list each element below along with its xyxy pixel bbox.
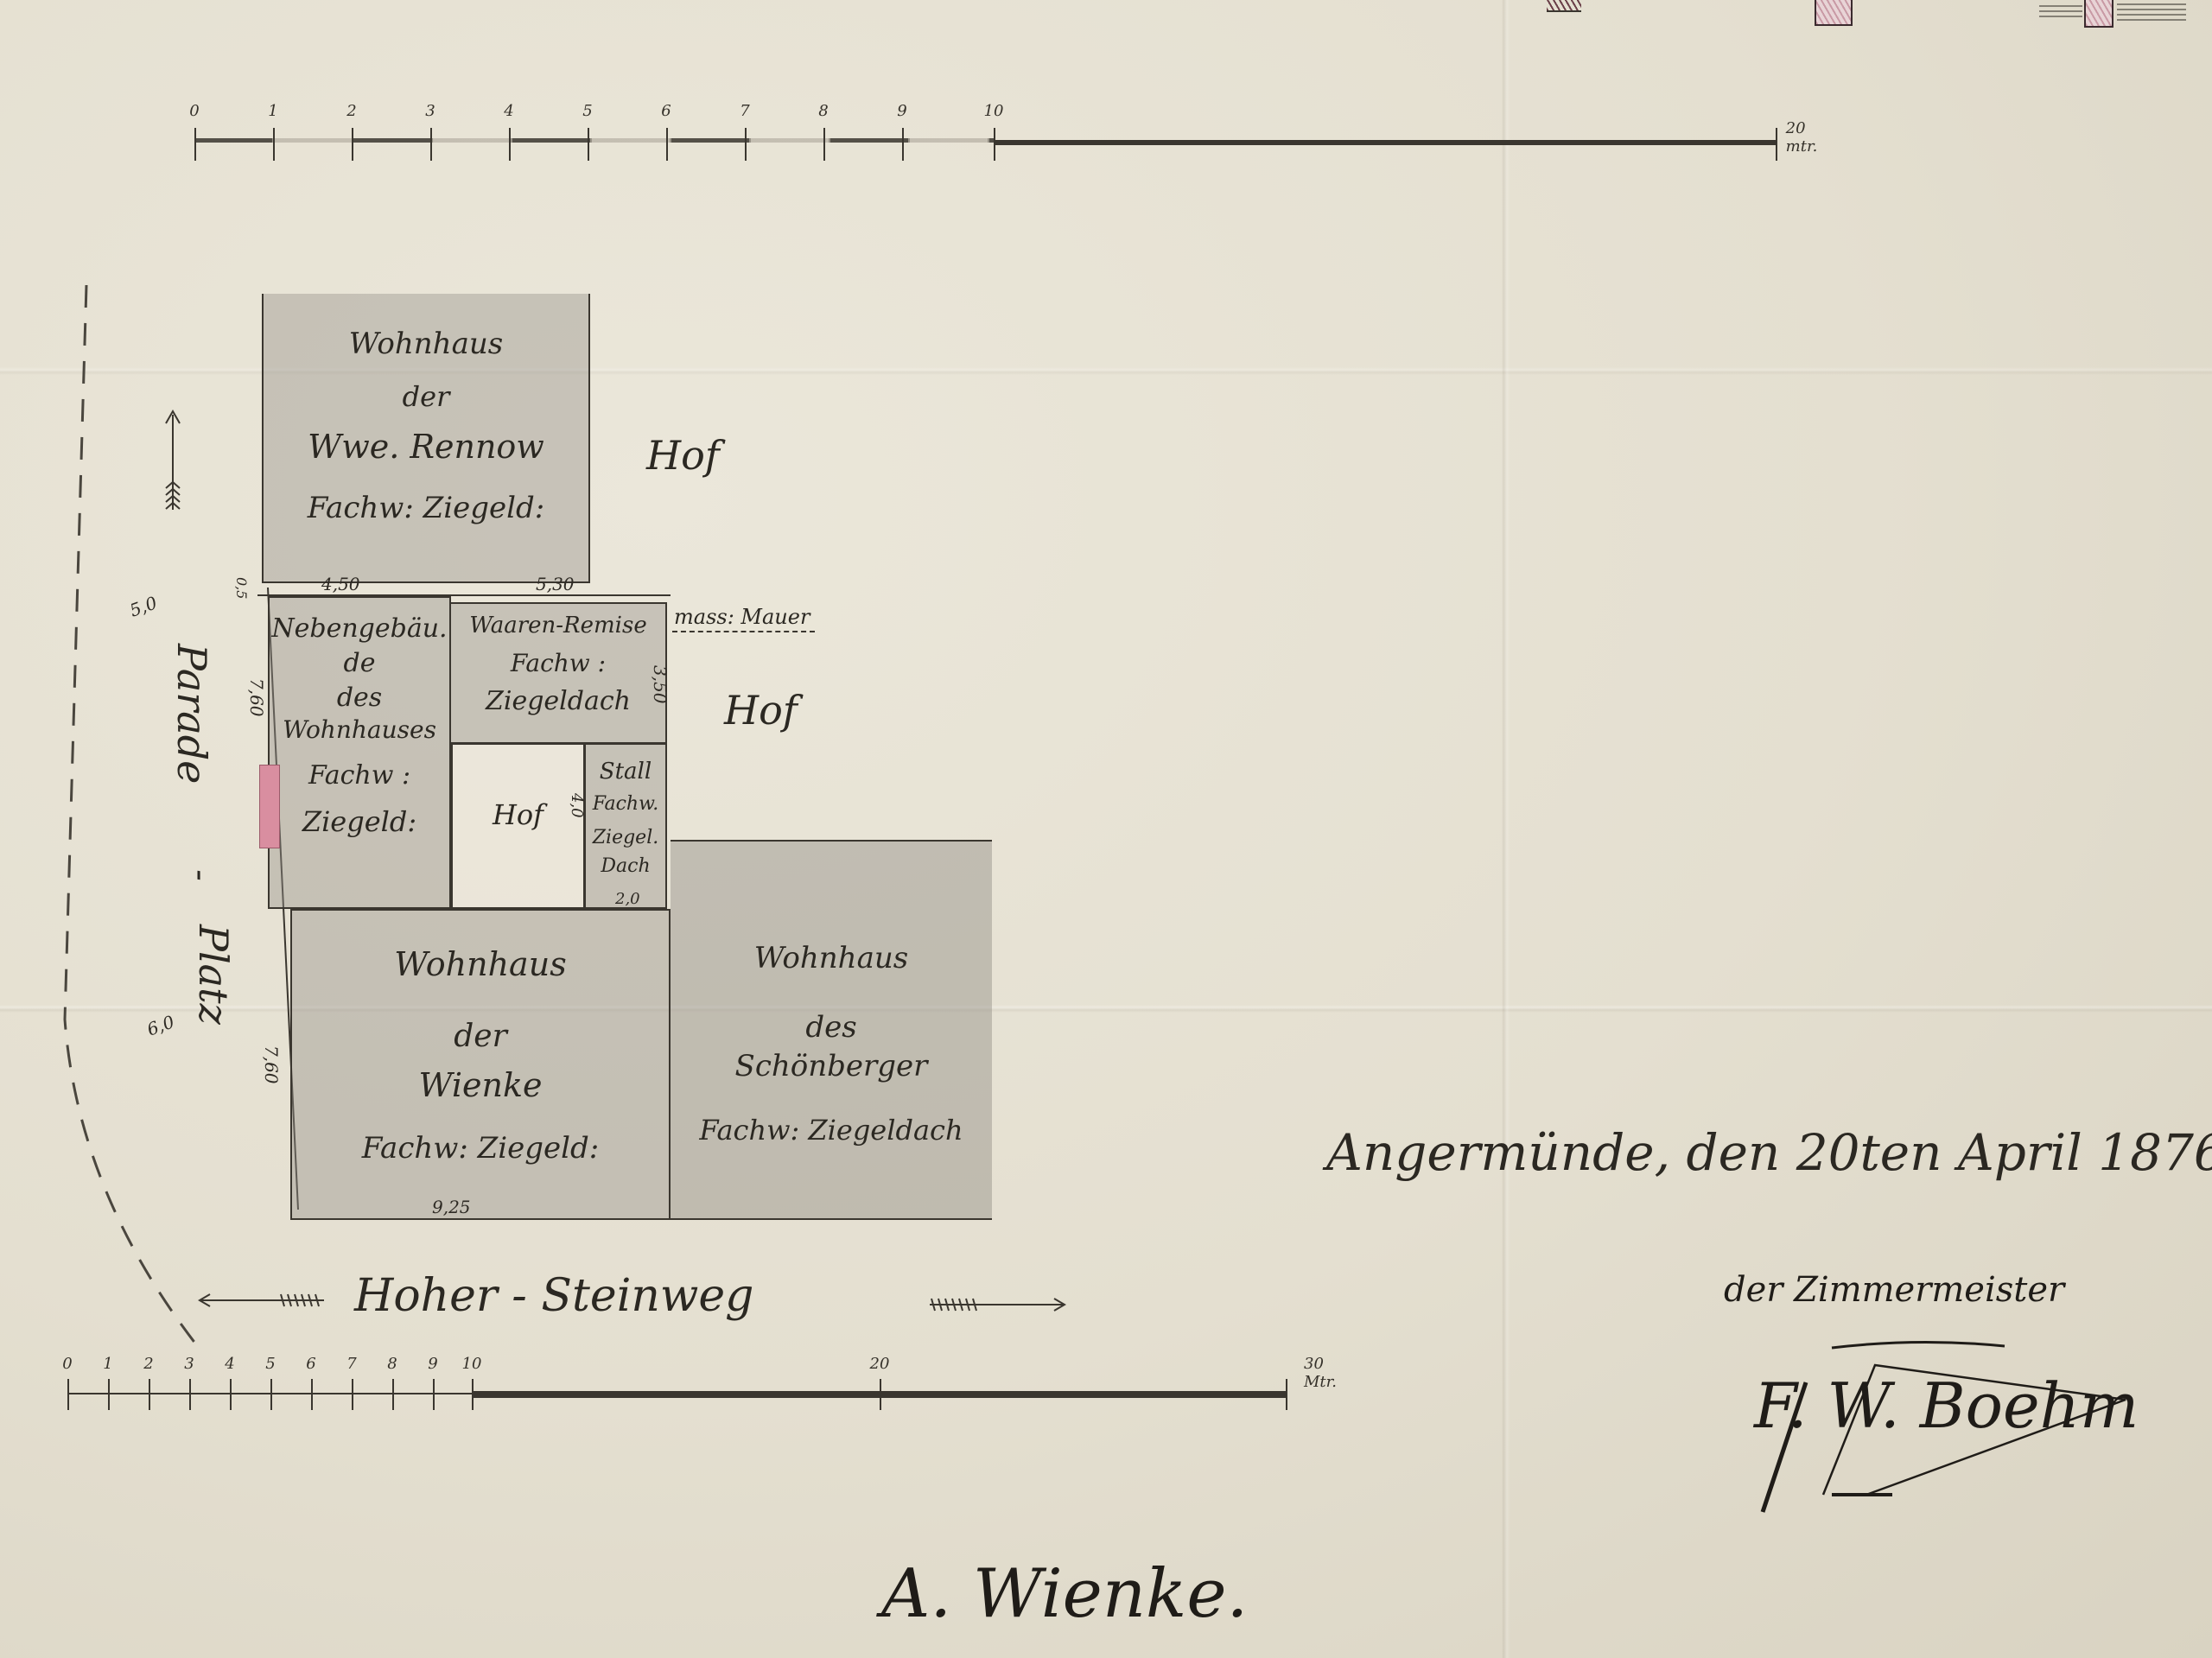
building-stall-line1: Stall (586, 759, 665, 785)
scale-bottom-end-label: 30 Mtr. (1304, 1355, 1337, 1391)
scale-top-end-label: 20 mtr. (1786, 119, 1818, 156)
dimension-3-50: 3,50 (650, 665, 671, 704)
section-drawing-fragments (1538, 0, 2212, 26)
scale-top-tick: 10 (984, 102, 1004, 120)
dimension-4-50: 4,50 (321, 574, 360, 594)
dimension-7-60-upper: 7,60 (246, 678, 267, 717)
building-neben-line1: Nebengebäu. (270, 613, 449, 644)
dimension-4-0: 4,0 (568, 793, 586, 818)
scale-bottom-tick: 3 (184, 1355, 194, 1373)
yard-label-middle: Hof (724, 687, 798, 734)
pink-marker (259, 765, 280, 848)
building-schoen-line2: des (671, 1010, 992, 1045)
scale-bottom-tick: 10 (462, 1355, 482, 1373)
building-rennow-line2: der (264, 380, 588, 413)
dimension-9-25: 9,25 (432, 1197, 471, 1217)
building-rennow-line1: Wohnhaus (264, 327, 588, 361)
building-stall-line2: Fachw. (586, 793, 665, 815)
building-nebengebaeude: Nebengebäu. de des Wohnhauses Fachw : Zi… (268, 596, 451, 909)
wall-label-text: mass: Mauer (674, 605, 810, 629)
scale-top-tick: 2 (346, 102, 356, 120)
dimension-2-0: 2,0 (615, 890, 640, 908)
street-label-dash: - (181, 869, 220, 881)
building-wienke-line3: Wienke (292, 1066, 669, 1104)
scale-top-tick: 7 (740, 102, 749, 120)
wall-label: mass: Mauer (672, 605, 815, 632)
building-wienke: Wohnhaus der Wienke Fachw: Ziegeld: (290, 909, 671, 1220)
yard-label-upper: Hof (646, 432, 720, 479)
building-rennow: Wohnhaus der Wwe. Rennow Fachw: Ziegeld: (262, 294, 590, 583)
building-neben-line6: Ziegeld: (270, 805, 449, 838)
scale-bottom-tick: 2 (143, 1355, 153, 1373)
scale-bottom-tick: 9 (428, 1355, 437, 1373)
direction-arrow-left-icon (194, 1287, 333, 1313)
scale-top-tick: 9 (897, 102, 906, 120)
scale-bottom-tick: 7 (346, 1355, 356, 1373)
scale-bottom-tick: 4 (225, 1355, 234, 1373)
building-rennow-line3: Wwe. Rennow (264, 428, 588, 466)
building-remise-line1: Waaren-Remise (451, 613, 665, 638)
dimension-5-30: 5,30 (536, 574, 575, 594)
street-label-parade: Parade (168, 644, 215, 784)
signature-title: der Zimmermeister (1724, 1270, 2064, 1310)
scale-bar-top: 0 1 2 3 4 5 6 7 8 9 10 20 mtr. (194, 95, 1776, 164)
signature-owner: A. Wienke. (881, 1555, 1248, 1633)
scale-bottom-tick: 5 (265, 1355, 275, 1373)
signature-flourish (1694, 1331, 2177, 1529)
building-stall-line3: Ziegel. (586, 827, 665, 848)
scale-top-tick: 4 (504, 102, 513, 120)
scale-bar-bottom: 0 1 2 3 4 5 6 7 8 9 10 20 30 Mtr. (67, 1348, 1294, 1426)
building-rennow-line4: Fachw: Ziegeld: (264, 491, 588, 525)
yard-inner: Hof (451, 743, 585, 909)
scale-top-tick: 6 (661, 102, 671, 120)
scale-bottom-tick: 8 (387, 1355, 397, 1373)
building-wienke-line2: der (292, 1019, 669, 1054)
building-stall: Stall Fachw. Ziegel. Dach (584, 743, 667, 909)
building-neben-line4: Wohnhauses (270, 715, 449, 744)
building-schoenberger: Wohnhaus des Schönberger Fachw: Ziegelda… (671, 840, 992, 1220)
street-label-part: Parade (168, 644, 215, 784)
building-stall-line4: Dach (586, 855, 665, 877)
yard-label-inner: Hof (453, 798, 583, 831)
scale-bottom-tick: 0 (62, 1355, 72, 1373)
building-remise-line3: Ziegeldach (451, 686, 665, 716)
dimension-0-5: 0,5 (233, 577, 250, 599)
scale-top-tick: 5 (582, 102, 592, 120)
street-label-platz: Platz (190, 924, 237, 1025)
building-neben-line5: Fachw : (270, 760, 449, 791)
direction-arrow-up-icon (156, 406, 190, 518)
building-neben-line3: des (270, 683, 449, 713)
building-schoen-line3: Schönberger (671, 1049, 992, 1083)
scale-bottom-tick: 6 (306, 1355, 315, 1373)
building-neben-line2: de (270, 648, 449, 678)
place-date: Angermünde, den 20ten April 1876. (1326, 1123, 2212, 1182)
scale-bottom-tick: 1 (103, 1355, 112, 1373)
building-schoen-line4: Fachw: Ziegeldach (671, 1114, 992, 1147)
scale-bottom-mid-label: 20 (870, 1355, 890, 1373)
building-schoen-line1: Wohnhaus (671, 941, 992, 975)
dimension-7-60-lower: 7,60 (261, 1045, 282, 1084)
building-remise-line2: Fachw : (451, 649, 665, 677)
street-label-part: Platz (190, 924, 237, 1025)
building-wienke-line1: Wohnhaus (292, 945, 669, 983)
street-label-hoher-steinweg: Hoher - Steinweg (354, 1270, 753, 1322)
direction-arrow-right-icon (925, 1292, 1071, 1318)
scale-top-tick: 3 (425, 102, 435, 120)
building-wienke-line4: Fachw: Ziegeld: (292, 1131, 669, 1166)
scale-top-tick: 8 (818, 102, 828, 120)
building-remise: Waaren-Remise Fachw : Ziegeldach (449, 602, 667, 744)
